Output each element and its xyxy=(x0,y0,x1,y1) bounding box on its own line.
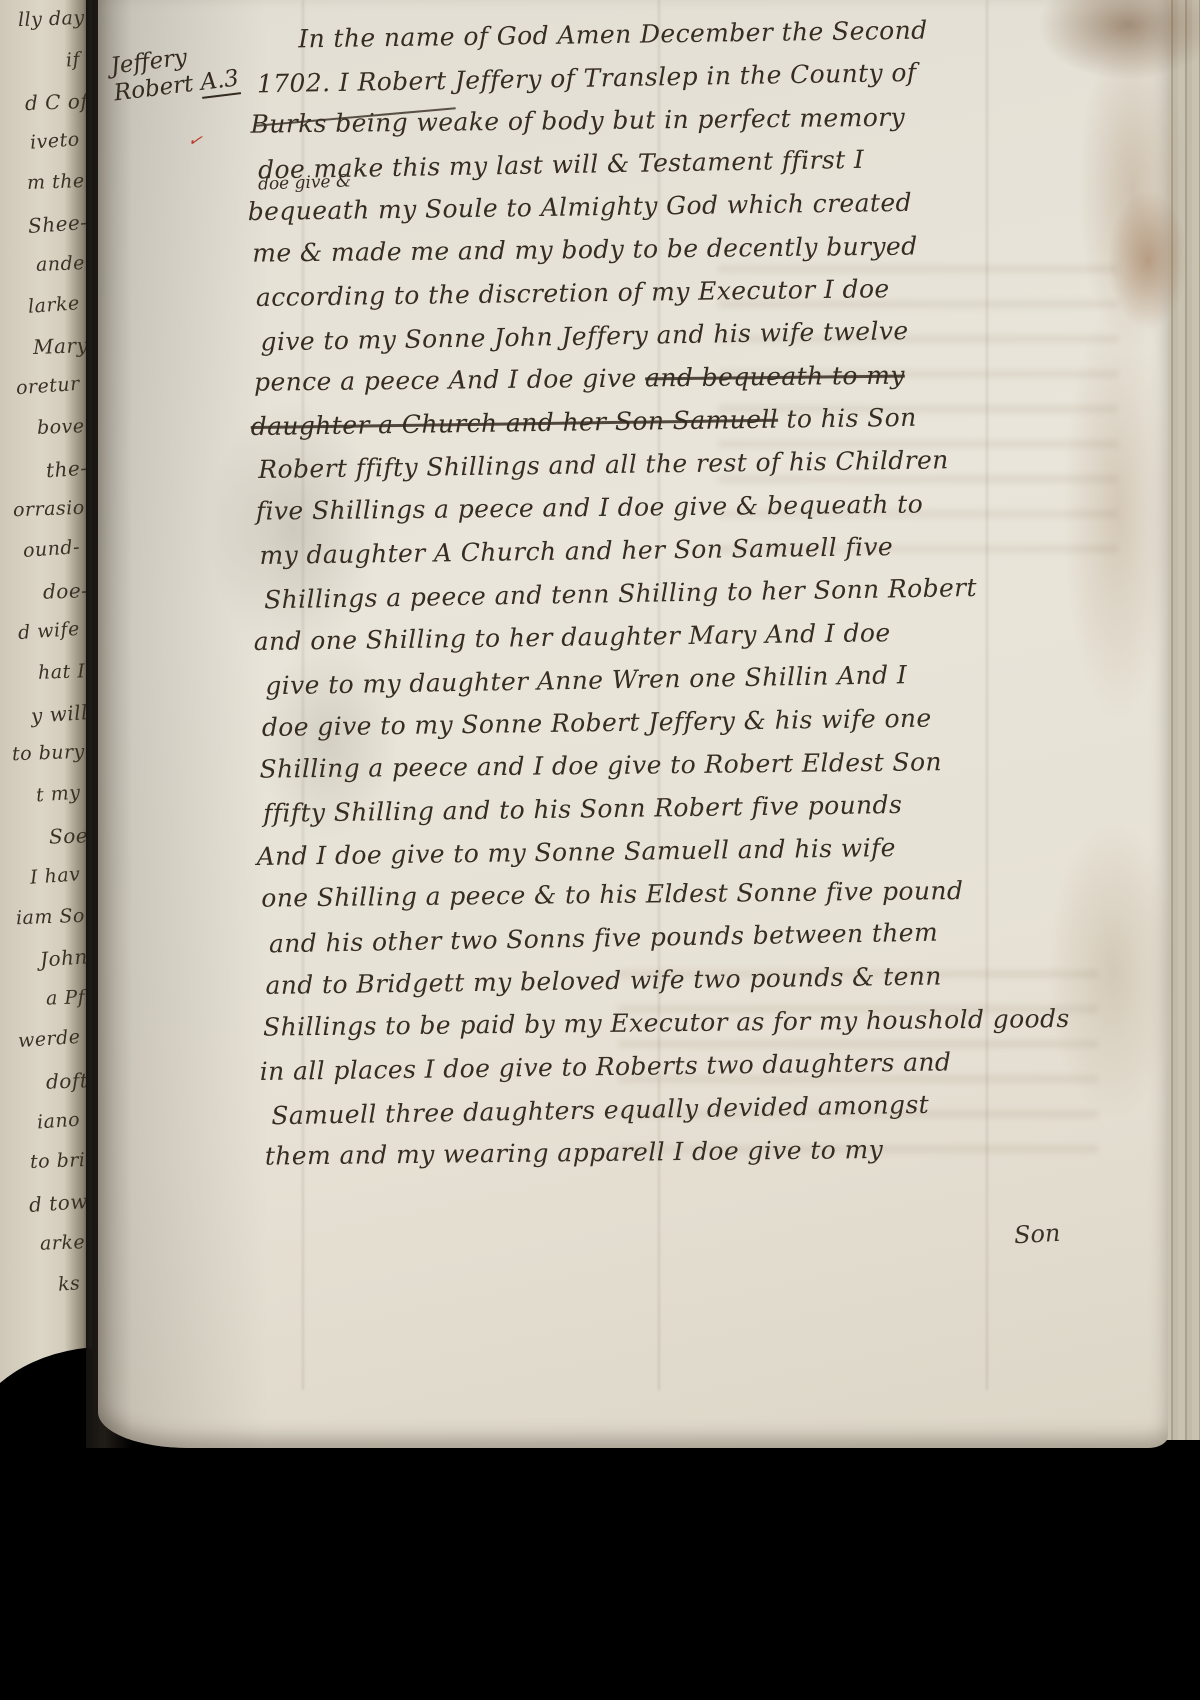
facing-page-fragment: I hav xyxy=(29,863,81,888)
line-text: them and my wearing apparell I doe give … xyxy=(265,1135,884,1171)
line-text: Shillings to be paid by my Executor as f… xyxy=(263,1004,1070,1042)
facing-page-fragment: doe- xyxy=(42,578,88,604)
line-text: according to the discretion of my Execut… xyxy=(256,274,890,312)
line-text: doe give to my Sonne Robert Jeffery & hi… xyxy=(262,704,932,742)
facing-page-fragment: to bury xyxy=(12,741,86,766)
facing-page-edge: lly dayifd C ofivetom theShee-andelarkeM… xyxy=(0,0,92,1432)
facing-page-fragment: d wife xyxy=(17,618,80,644)
facing-page-fragment: Soe xyxy=(49,823,89,848)
manuscript-line: me & made me and my body to be decently … xyxy=(252,223,1098,275)
manuscript-line: five Shillings a peece and I doe give & … xyxy=(256,481,1102,533)
facing-page-fragment: orrasio xyxy=(13,496,85,520)
line-text: Shilling a peece and I doe give to Rober… xyxy=(259,747,942,783)
facing-page-fragment: to bri xyxy=(29,1149,85,1173)
facing-page-fragment: if xyxy=(65,48,81,71)
catchword: Son xyxy=(1013,1219,1061,1249)
facing-page-fragment: ound- xyxy=(22,536,80,562)
facing-page-fragment: m the xyxy=(27,170,85,194)
facing-page-fragment: iveto xyxy=(30,129,81,154)
line-text: and one Shilling to her daughter Mary An… xyxy=(254,618,891,656)
line-text: Robert ffifty Shillings and all the rest… xyxy=(258,445,949,484)
manuscript-photo: lly dayifd C ofivetom theShee-andelarkeM… xyxy=(0,0,1200,1700)
line-text: bequeath my Soule to Almighty God which … xyxy=(247,188,912,226)
line-text: pence a peece And I doe give xyxy=(254,363,645,396)
struck-text: daughter a Church and her Son Samuell xyxy=(251,405,779,441)
manuscript-text: In the name of God Amen December the Sec… xyxy=(252,6,1114,1179)
struck-text: and bequeath to my xyxy=(645,361,905,393)
facing-page-fragment: d C of xyxy=(24,88,88,114)
line-text: Burks being weake of body but in perfect… xyxy=(250,103,905,139)
line-text: my daughter A Church and her Son Samuell… xyxy=(259,532,893,570)
margin-note-reference: A.3 xyxy=(199,65,241,98)
line-text: and his other two Sonns five pounds betw… xyxy=(269,918,939,959)
facing-page-fragment: werde xyxy=(17,1026,81,1052)
line-text: 1702. I Robert Jeffery of Translep in th… xyxy=(257,58,917,99)
facing-page-fragment: a Pf xyxy=(45,987,85,1010)
facing-page-fragment: y will xyxy=(30,700,89,728)
line-text: and to Bridgett my beloved wife two poun… xyxy=(265,961,942,999)
facing-page-fragment: ks xyxy=(57,1272,81,1295)
manuscript-line: them and my wearing apparell I doe give … xyxy=(265,1125,1111,1177)
line-text: in all places I doe give to Roberts two … xyxy=(260,1047,952,1086)
line-text: Samuell three daughters equally devided … xyxy=(271,1090,929,1130)
page-stack-edge xyxy=(1164,0,1200,1440)
facing-page-fragment: lly day xyxy=(18,7,85,31)
line-text: me & made me and my body to be decently … xyxy=(252,231,918,267)
line-text: ffifty Shilling and to his Sonn Robert f… xyxy=(263,790,902,828)
facing-page-fragment: larke xyxy=(28,292,81,318)
facing-page-fragment: Shee- xyxy=(28,210,89,238)
facing-page-fragment: John xyxy=(39,945,88,972)
facing-page-fragment: bove xyxy=(37,415,85,439)
manuscript-line: Shilling a peece and I doe give to Rober… xyxy=(259,738,1105,790)
facing-page-fragment: Mary xyxy=(32,333,88,359)
line-text: to his Son xyxy=(778,403,917,434)
facing-page-fragment: doft xyxy=(45,1068,88,1093)
gutter-shade xyxy=(98,0,268,1448)
facing-page-fragment: hat I xyxy=(37,660,85,684)
line-text: give to my Sonne John Jeffery and his wi… xyxy=(260,316,909,356)
line-text: five Shillings a peece and I doe give & … xyxy=(256,489,924,525)
line-text: one Shilling a peece & to his Eldest Son… xyxy=(261,876,963,913)
line-text: Shillings a peece and tenn Shilling to h… xyxy=(264,573,977,614)
facing-page-fragment: arke xyxy=(39,1231,85,1255)
facing-page-fragment: t my xyxy=(35,782,81,807)
line-text: give to my daughter Anne Wren one Shilli… xyxy=(265,660,907,700)
facing-page-fragment: iano xyxy=(36,1108,81,1133)
facing-page-fragment: iam So xyxy=(16,904,86,928)
line-text: doe make this my last will & Testament f… xyxy=(258,145,865,185)
facing-page-fragment: d tow xyxy=(28,1189,88,1217)
facing-page-fragment: ande xyxy=(36,252,86,276)
line-text: And I doe give to my Sonne Samuell and h… xyxy=(257,833,897,871)
line-text: In the name of God Amen December the Sec… xyxy=(298,16,928,54)
facing-page-fragment: the- xyxy=(46,455,89,482)
facing-page-fragment: oretur xyxy=(16,373,81,399)
